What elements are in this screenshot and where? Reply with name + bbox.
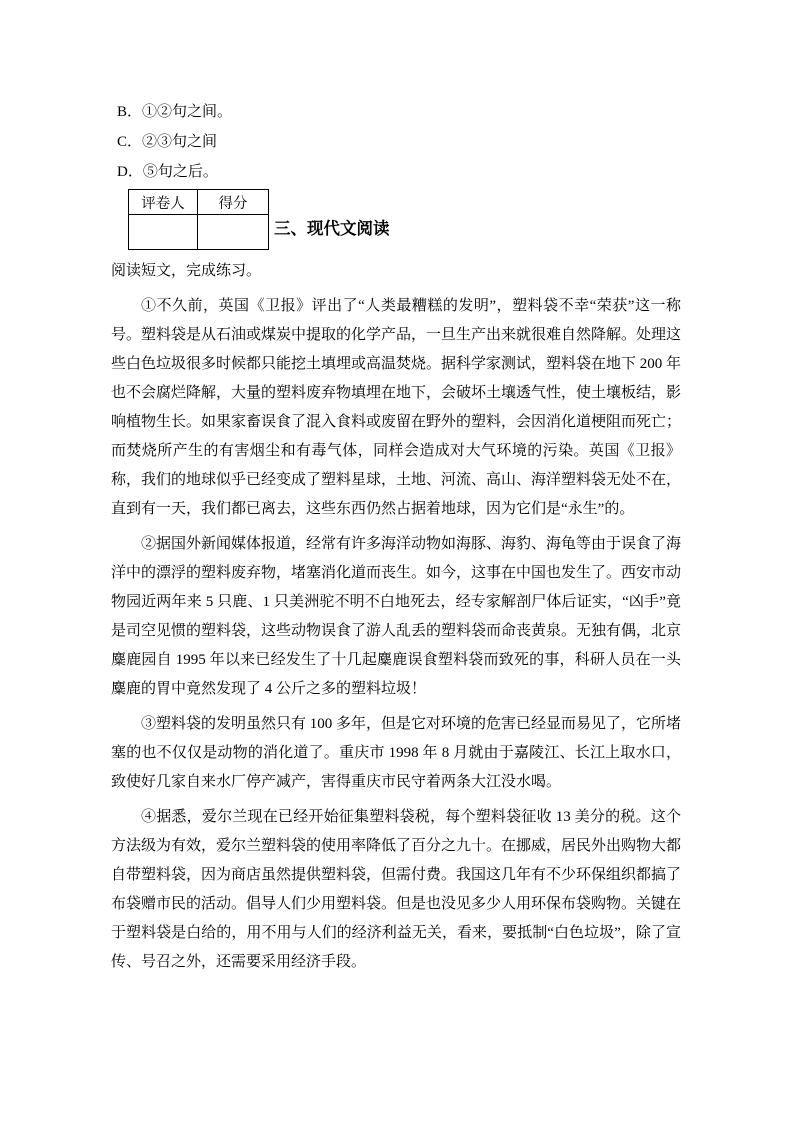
option-c: C．②③句之间	[111, 127, 681, 157]
grader-table-header-reviewer: 评卷人	[129, 190, 198, 215]
grader-score-table: 评卷人 得分	[128, 189, 269, 250]
section-heading: 三、现代文阅读	[274, 215, 390, 239]
option-b: B．①②句之间。	[111, 97, 681, 127]
option-d: D．⑤句之后。	[111, 157, 681, 187]
passage-paragraph-2: ②据国外新闻媒体报道，经常有许多海洋动物如海豚、海豹、海龟等由于误食了海洋中的漂…	[111, 530, 681, 704]
passage-paragraph-3: ③塑料袋的发明虽然只有 100 多年，但是它对环境的危害已经显而易见了，它所堵塞…	[111, 710, 681, 797]
grader-section: 评卷人 得分 三、现代文阅读	[128, 189, 681, 250]
passage-paragraph-4: ④据悉，爱尔兰现在已经开始征集塑料袋税，每个塑料袋征收 13 美分的税。这个方法…	[111, 803, 681, 977]
grader-table-header-score: 得分	[198, 190, 269, 215]
passage-paragraph-1: ①不久前，英国《卫报》评出了“人类最糟糕的发明”，塑料袋不幸“荣获”这一称号。塑…	[111, 292, 681, 524]
grader-table-cell-reviewer	[129, 215, 198, 250]
grader-table-blank-row	[129, 215, 269, 250]
grader-table-cell-score	[198, 215, 269, 250]
grader-table-header-row: 评卷人 得分	[129, 190, 269, 215]
passage-instruction: 阅读短文，完成练习。	[111, 257, 681, 286]
document-content: B．①②句之间。 C．②③句之间 D．⑤句之后。 评卷人 得分 三、现代文阅读 …	[111, 97, 681, 977]
choice-options: B．①②句之间。 C．②③句之间 D．⑤句之后。	[111, 97, 681, 187]
document-page: B．①②句之间。 C．②③句之间 D．⑤句之后。 评卷人 得分 三、现代文阅读 …	[0, 0, 794, 1123]
